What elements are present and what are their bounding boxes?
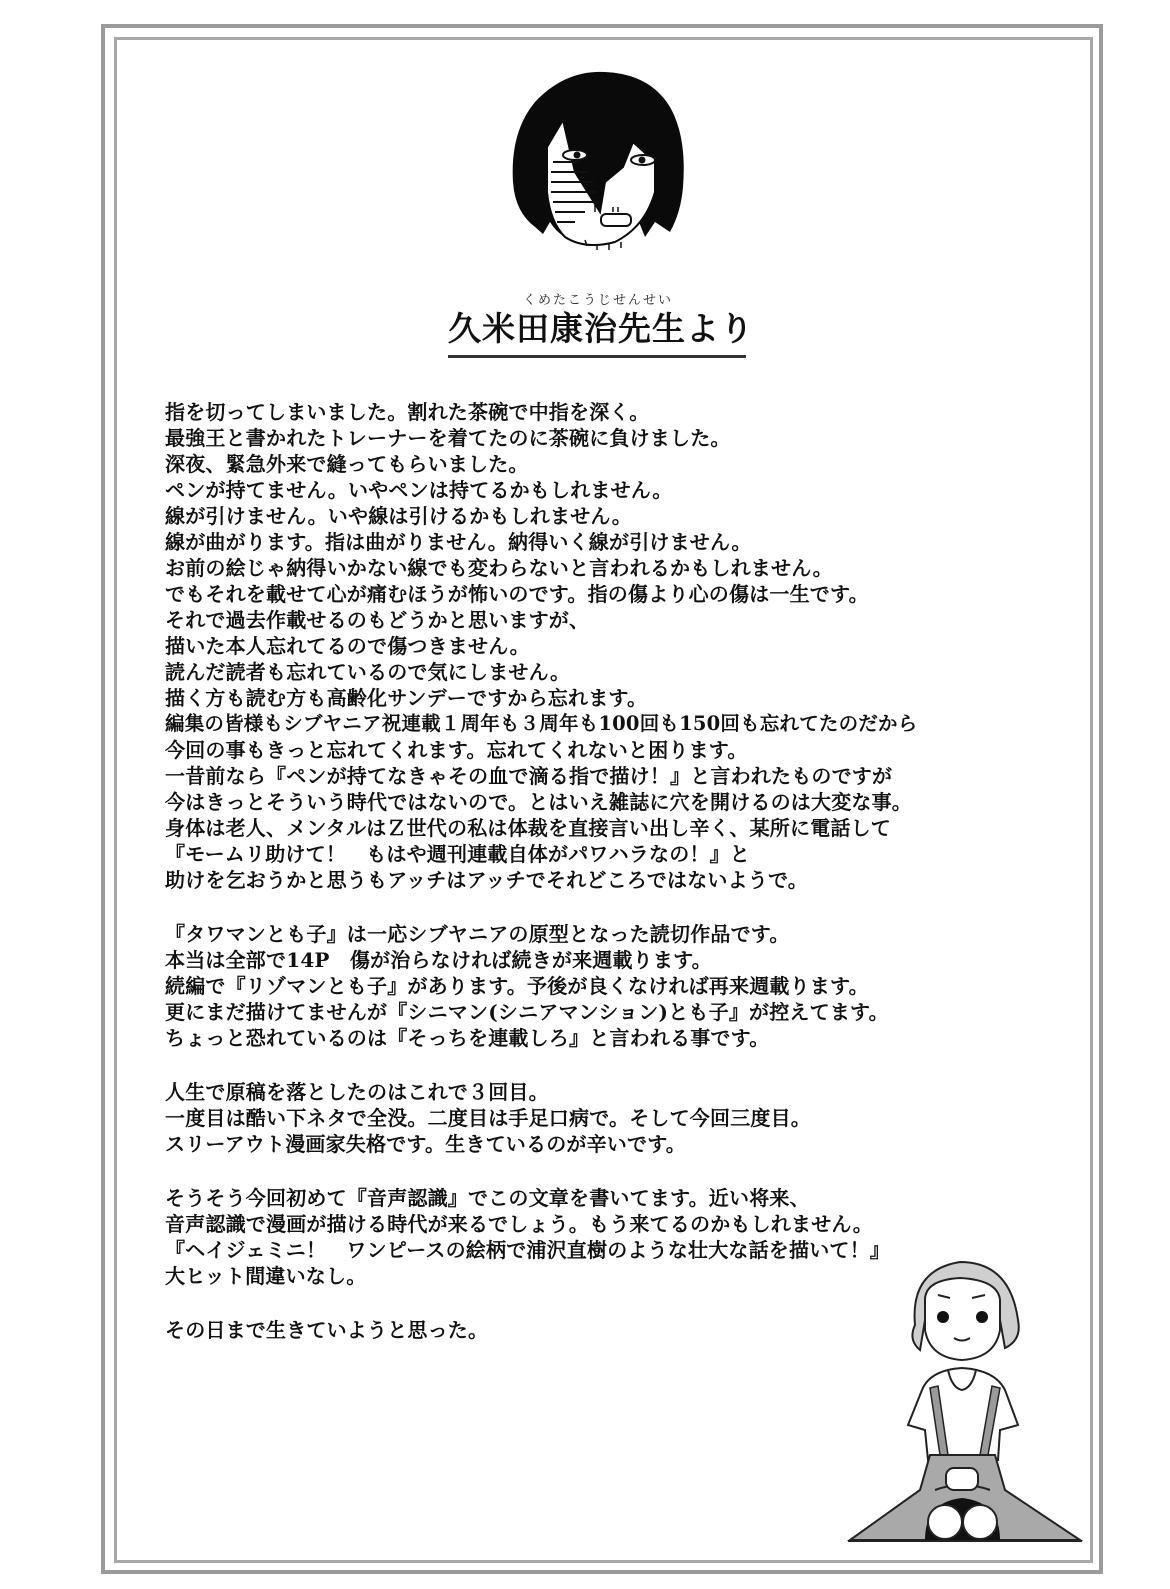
text-line: ちょっと恐れているのは『そっちを連載しろ』と言われる事です。 [165, 1026, 769, 1050]
text-line: 大ヒット間違いなし。 [165, 1264, 366, 1288]
page-title: 久米田康治先生より [448, 309, 748, 349]
text-line: 一昔前なら『ペンが持てなきゃその血で滴る指で描け！』と言われたものですが [165, 764, 892, 788]
text-line: でもそれを載せて心が痛むほうが怖いのです。指の傷より心の傷は一生です。 [165, 582, 869, 606]
title-furigana: くめたこうじせんせい [448, 293, 748, 309]
text-line: 助けを乞おうかと思うもアッチはアッチでそれどころではないようで。 [165, 868, 808, 892]
text-line: 更にまだ描けてませんが『シニマン(シニアマンション)とも子』が控えてます。 [165, 1000, 889, 1024]
text-line: 続編で『リゾマンとも子』があります。予後が良くなければ再来週載ります。 [165, 974, 869, 998]
text-line: 今はきっとそういう時代ではないので。とはいえ雑誌に穴を開けるのは大変な事。 [165, 790, 912, 814]
text-line: お前の絵じゃ納得いかない線でも変わらないと言われるかもしれません。 [165, 556, 833, 580]
text-line: 線が引けません。いや線は引けるかもしれません。 [165, 504, 632, 528]
text-line: 描いた本人忘れてるので傷つきません。 [165, 634, 530, 658]
title-underline [448, 355, 746, 358]
character-illustration [840, 1240, 1085, 1550]
text-line: 音声認識で漫画が描ける時代が来るでしょう。もう来てるのかもしれません。 [165, 1212, 873, 1236]
text-line: 描く方も読む方も高齢化サンデーですから忘れます。 [165, 686, 647, 710]
text-line: 『ヘイジェミニ！ ワンピースの絵柄で浦沢直樹のような壮大な話を描いて！』 [165, 1238, 890, 1262]
text-line: 本当は全部で14P 傷が治らなければ続きが来週載ります。 [165, 948, 712, 972]
text-line: 人生で原稿を落としたのはこれで３回目。 [165, 1080, 549, 1104]
text-line: それで過去作載せるのもどうかと思いますが、 [165, 608, 589, 632]
text-line: 『モームリ助けて！ もはや週刊連載自体がパワハラなの！』と [165, 842, 750, 866]
text-line: 最強王と書かれたトレーナーを着てたのに茶碗に負けました。 [165, 426, 731, 450]
title-block: くめたこうじせんせい 久米田康治先生より [448, 293, 748, 358]
text-line: 一度目は酷い下ネタで全没。二度目は手足口病で。そして今回三度目。 [165, 1106, 811, 1130]
text-line: スリーアウト漫画家失格です。生きているのが辛いです。 [165, 1132, 686, 1156]
text-line: 今回の事もきっと忘れてくれます。忘れてくれないと困ります。 [165, 738, 748, 762]
author-portrait-illustration [505, 62, 690, 257]
text-line: 読んだ読者も忘れているので気にしません。 [165, 660, 570, 684]
text-line: ペンが持てません。いやペンは持てるかもしれません。 [165, 478, 672, 502]
text-line: そうそう今回初めて『音声認識』でこの文章を書いてます。近い将来、 [165, 1186, 810, 1210]
text-line: 身体は老人、メンタルはＺ世代の私は体裁を直接言い出し辛く、某所に電話して [165, 816, 891, 840]
text-line: その日まで生きていようと思った。 [165, 1318, 488, 1342]
text-line: 編集の皆様もシブヤニア祝連載１周年も３周年も100回も150回も忘れてたのだから [165, 712, 917, 736]
text-line: 線が曲がります。指は曲がりません。納得いく線が引けません。 [165, 530, 752, 554]
text-line: 指を切ってしまいました。割れた茶碗で中指を深く。 [165, 400, 649, 424]
text-line: 深夜、緊急外来で縫ってもらいました。 [165, 452, 529, 476]
text-line: 『タワマンとも子』は一応シブヤニアの原型となった読切作品です。 [165, 922, 790, 946]
